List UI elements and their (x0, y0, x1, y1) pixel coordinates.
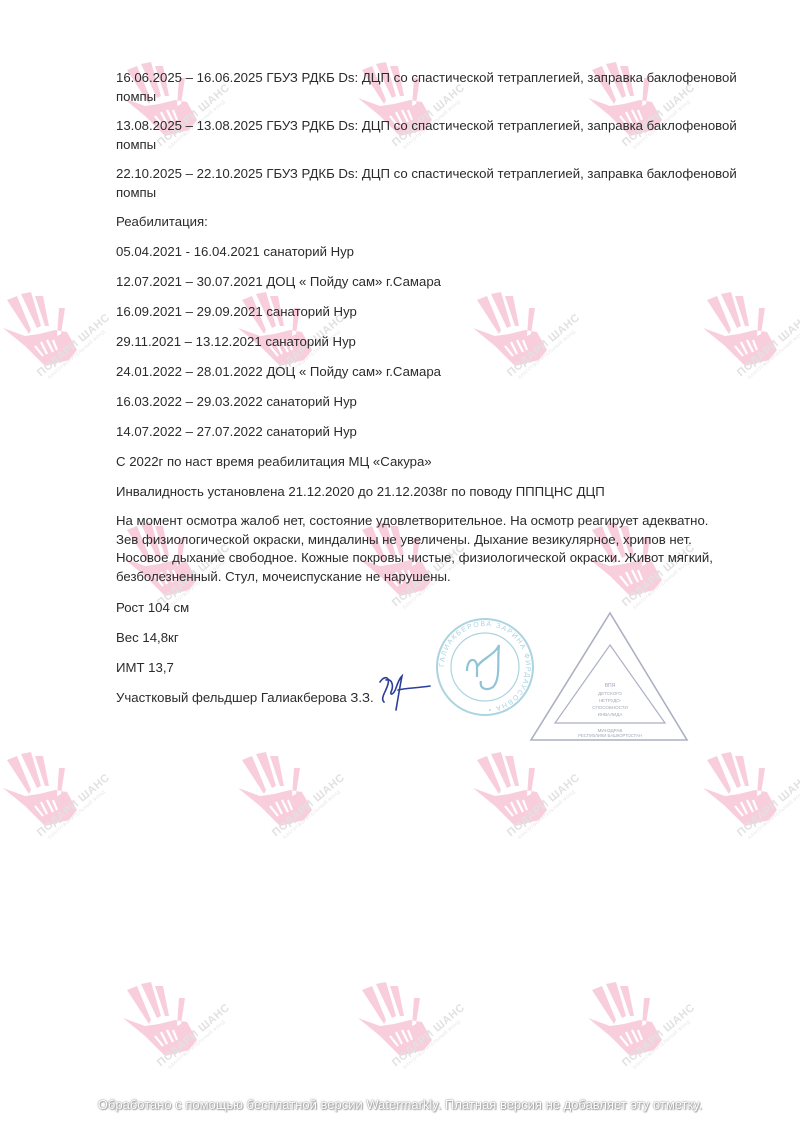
svg-text:ГАЛИАКБЕРОВА ЗАРИНА ФИРДАУСОВН: ГАЛИАКБЕРОВА ЗАРИНА ФИРДАУСОВНА • (439, 621, 531, 713)
charity-watermark-logo: ПОДАРИ ШАНСБЛАГОТВОРИТЕЛЬНЫЙ ФОНД (350, 980, 480, 1100)
svg-text:СПОСОБНОСТИ: СПОСОБНОСТИ (592, 705, 627, 710)
charity-watermark-logo: ПОДАРИ ШАНСБЛАГОТВОРИТЕЛЬНЫЙ ФОНД (0, 290, 125, 410)
hand-icon (465, 750, 555, 840)
watermark-title: ПОДАРИ ШАНС (735, 772, 800, 840)
rehabilitation-item: 29.11.2021 – 13.12.2021 санаторий Нур (116, 332, 756, 351)
watermark-title: ПОДАРИ ШАНС (270, 772, 347, 840)
hand-icon (230, 750, 320, 840)
charity-watermark-logo: ПОДАРИ ШАНСБЛАГОТВОРИТЕЛЬНЫЙ ФОНД (465, 750, 595, 870)
watermark-subtitle: БЛАГОТВОРИТЕЛЬНЫЙ ФОНД (47, 789, 106, 840)
examination-findings: На момент осмотра жалоб нет, состояние у… (116, 512, 756, 586)
hand-icon (0, 290, 85, 380)
hand-icon (115, 980, 205, 1070)
watermark-subtitle: БЛАГОТВОРИТЕЛЬНЫЙ ФОНД (282, 789, 341, 840)
watermark-title: ПОДАРИ ШАНС (620, 1002, 697, 1070)
charity-watermark-logo: ПОДАРИ ШАНСБЛАГОТВОРИТЕЛЬНЫЙ ФОНД (0, 750, 125, 870)
rehabilitation-item: 12.07.2021 – 30.07.2021 ДОЦ « Пойду сам»… (116, 272, 756, 291)
svg-text:РЕСПУБЛИКИ БАШКОРТОСТАН: РЕСПУБЛИКИ БАШКОРТОСТАН (578, 733, 642, 738)
hand-icon (580, 980, 670, 1070)
round-seal-icon: ГАЛИАКБЕРОВА ЗАРИНА ФИРДАУСОВНА • (437, 619, 533, 715)
watermark-subtitle: БЛАГОТВОРИТЕЛЬНЫЙ ФОНД (167, 1019, 226, 1070)
hospitalization-entry: 22.10.2025 – 22.10.2025 ГБУЗ РДКБ Ds: ДЦ… (116, 164, 756, 202)
watermark-title: ПОДАРИ ШАНС (390, 1002, 467, 1070)
watermark-title: ПОДАРИ ШАНС (155, 1002, 232, 1070)
document-page: ПОДАРИ ШАНСБЛАГОТВОРИТЕЛЬНЫЙ ФОНДПОДАРИ … (0, 0, 800, 1130)
svg-text:ИНВАЛИДА: ИНВАЛИДА (598, 712, 623, 717)
disability-statement: Инвалидность установлена 21.12.2020 до 2… (116, 482, 756, 501)
hospitalization-entry: 13.08.2025 – 13.08.2025 ГБУЗ РДКБ Ds: ДЦ… (116, 116, 756, 154)
charity-watermark-logo: ПОДАРИ ШАНСБЛАГОТВОРИТЕЛЬНЫЙ ФОНД (580, 980, 710, 1100)
charity-watermark-logo: ПОДАРИ ШАНСБЛАГОТВОРИТЕЛЬНЫЙ ФОНД (695, 750, 800, 870)
hand-icon (350, 980, 440, 1070)
charity-watermark-logo: ПОДАРИ ШАНСБЛАГОТВОРИТЕЛЬНЫЙ ФОНД (115, 980, 245, 1100)
svg-text:ДЕТСКОГО: ДЕТСКОГО (598, 691, 622, 696)
rehabilitation-current: С 2022г по наст время реабилитация МЦ «С… (116, 452, 756, 471)
charity-watermark-logo: ПОДАРИ ШАНСБЛАГОТВОРИТЕЛЬНЫЙ ФОНД (230, 750, 360, 870)
signatory-name: Участковый фельдшер Галиакберова З.З. (116, 690, 374, 705)
watermark-title: ПОДАРИ ШАНС (35, 312, 112, 380)
rehabilitation-item: 16.03.2022 – 29.03.2022 санаторий Нур (116, 392, 756, 411)
hospitalization-list: 16.06.2025 – 16.06.2025 ГБУЗ РДКБ Ds: ДЦ… (116, 68, 756, 202)
watermarkly-footer-notice: Обработано с помощью бесплатной версии W… (0, 1097, 800, 1112)
watermark-subtitle: БЛАГОТВОРИТЕЛЬНЫЙ ФОНД (402, 1019, 461, 1070)
svg-text:ВПЯ: ВПЯ (605, 683, 616, 689)
rehabilitation-item: 16.09.2021 – 29.09.2021 санаторий Нур (116, 302, 756, 321)
watermark-subtitle: БЛАГОТВОРИТЕЛЬНЫЙ ФОНД (747, 789, 800, 840)
rehabilitation-item: 24.01.2022 – 28.01.2022 ДОЦ « Пойду сам»… (116, 362, 756, 381)
rehabilitation-item: 14.07.2022 – 27.07.2022 санаторий Нур (116, 422, 756, 441)
rehabilitation-item: 05.04.2021 - 16.04.2021 санаторий Нур (116, 242, 756, 261)
svg-text:НЕТРУДО-: НЕТРУДО- (599, 698, 622, 703)
triangle-stamp-icon: ВПЯ ДЕТСКОГО НЕТРУДО- СПОСОБНОСТИ ИНВАЛИ… (531, 613, 687, 740)
hand-icon (695, 750, 785, 840)
watermark-title: ПОДАРИ ШАНС (505, 772, 582, 840)
hand-icon (0, 750, 85, 840)
watermark-subtitle: БЛАГОТВОРИТЕЛЬНЫЙ ФОНД (47, 329, 106, 380)
official-stamps: ГАЛИАКБЕРОВА ЗАРИНА ФИРДАУСОВНА • ВПЯ ДЕ… (425, 605, 695, 750)
rehabilitation-heading: Реабилитация: (116, 212, 756, 231)
watermark-subtitle: БЛАГОТВОРИТЕЛЬНЫЙ ФОНД (517, 789, 576, 840)
watermark-title: ПОДАРИ ШАНС (35, 772, 112, 840)
hospitalization-entry: 16.06.2025 – 16.06.2025 ГБУЗ РДКБ Ds: ДЦ… (116, 68, 756, 106)
watermark-subtitle: БЛАГОТВОРИТЕЛЬНЫЙ ФОНД (632, 1019, 691, 1070)
